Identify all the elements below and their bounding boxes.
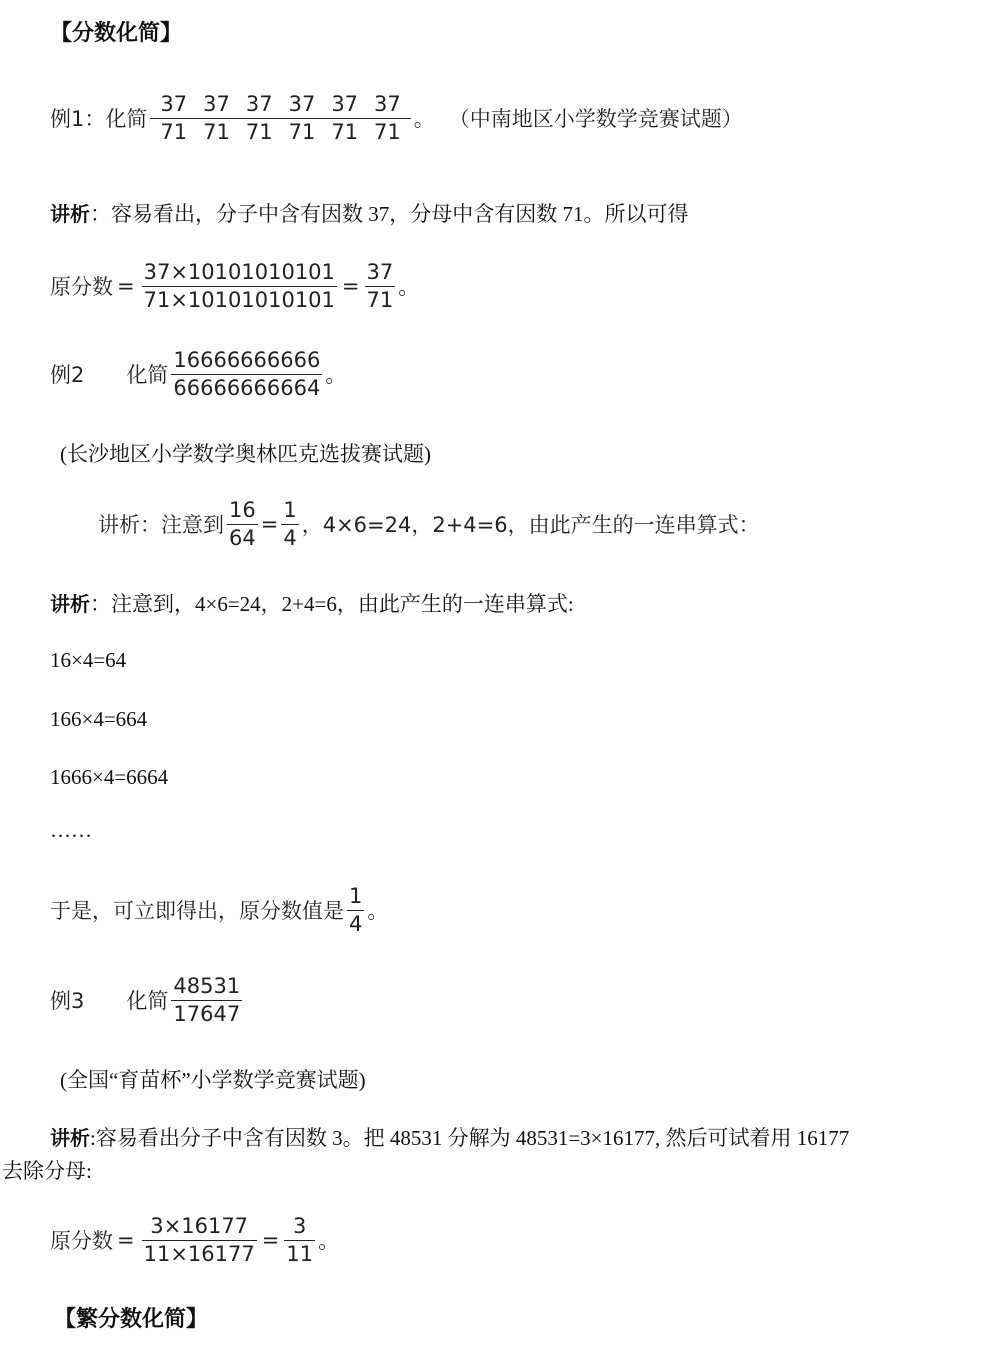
example-3-source: (全国“育苗杯”小学数学竞赛试题) <box>60 1064 366 1094</box>
equation-lhs: 原分数 <box>50 1225 113 1255</box>
analysis-3-line-1: 讲析:容易看出分子中含有因数 3。把 48531 分解为 48531=3×161… <box>50 1122 849 1152</box>
analysis-2-body: 注意到，4×6=24，2+4=6，由此产生的一连串算式: <box>111 592 574 616</box>
fraction-denominator: 4 <box>347 913 364 935</box>
analysis-2-fraction-2: 1 4 <box>281 499 298 548</box>
equals-sign: = <box>342 274 360 298</box>
conclusion-2-fraction: 1 4 <box>347 885 364 934</box>
example-1-source: （中南地区小学数学竞赛试题） <box>449 103 743 133</box>
fraction-numerator: 3 <box>291 1215 308 1237</box>
equation-1-fraction-2: 37 71 <box>365 261 396 310</box>
example-2-fraction: 16666666666 66666666664 <box>171 349 322 398</box>
period: 。 <box>414 103 435 133</box>
fraction-bar <box>171 374 322 375</box>
fraction-numerator: 1 <box>281 499 298 521</box>
analysis-label: 讲析 <box>50 202 90 226</box>
fraction-denominator: 71 <box>365 289 396 311</box>
analysis-3-text: 容易看出分子中含有因数 3。把 48531 分解为 48531=3×16177,… <box>96 1126 849 1150</box>
section-heading-complex-fraction-simplification: 【繁分数化简】 <box>54 1302 208 1333</box>
fraction-bar <box>281 524 298 525</box>
period: 。 <box>318 1225 339 1255</box>
example-2: 例2 化简 16666666666 66666666664 。 <box>50 344 346 404</box>
fraction-numerator: 37 <box>365 261 396 283</box>
example-1-label: 例1：化简 <box>50 103 147 133</box>
equation-series-item-3: 1666×4=6664 <box>50 765 168 790</box>
analysis-2-image: 讲析：注意到 16 64 = 1 4 ，4×6=24，2+4=6，由此产生的一连… <box>98 494 760 554</box>
conclusion-2: 于是，可立即得出，原分数值是 1 4 。 <box>50 880 388 940</box>
equation-series-item-2: 166×4=664 <box>50 707 147 732</box>
fraction-numerator: 3×16177 <box>148 1215 250 1237</box>
analysis-3-line-2: 去除分母: <box>2 1155 92 1185</box>
equals-sign: = <box>117 1228 135 1252</box>
equals-sign: = <box>117 274 135 298</box>
period: 。 <box>398 271 419 301</box>
equals-sign: = <box>261 512 279 536</box>
analysis-2-text: 讲析：注意到，4×6=24，2+4=6，由此产生的一连串算式: <box>50 588 574 618</box>
fraction-denominator: 11×16177 <box>142 1243 257 1265</box>
equation-3-fraction-1: 3×16177 11×16177 <box>142 1215 257 1264</box>
fraction-denominator: 66666666664 <box>171 377 322 399</box>
equation-series-ellipsis: …… <box>50 818 92 843</box>
example-1-fraction: 373737373737 717171717171 <box>150 93 410 142</box>
equation-1-fraction-1: 37×10101010101 71×10101010101 <box>142 261 337 310</box>
fraction-denominator: 64 <box>227 527 258 549</box>
equals-sign: = <box>262 1228 280 1252</box>
equation-3: 原分数 = 3×16177 11×16177 = 3 11 。 <box>50 1210 339 1270</box>
fraction-numerator: 16 <box>227 499 258 521</box>
analysis-label: 讲析 <box>50 592 90 616</box>
fraction-denominator: 717171717171 <box>150 121 410 143</box>
period: 。 <box>325 359 346 389</box>
fraction-numerator: 16666666666 <box>171 349 322 371</box>
fraction-bar <box>227 524 258 525</box>
equation-lhs: 原分数 <box>50 271 113 301</box>
fraction-denominator: 4 <box>281 527 298 549</box>
analysis-1-text: 容易看出，分子中含有因数 37，分母中含有因数 71。所以可得 <box>111 202 689 226</box>
fraction-bar <box>142 1240 257 1241</box>
fraction-numerator: 37×10101010101 <box>142 261 337 283</box>
fraction-denominator: 17647 <box>171 1003 242 1025</box>
analysis-2-fraction-1: 16 64 <box>227 499 258 548</box>
fraction-numerator: 373737373737 <box>150 93 410 115</box>
analysis-2-rest: ，4×6=24，2+4=6，由此产生的一连串算式： <box>302 509 760 539</box>
example-3-fraction: 48531 17647 <box>171 975 242 1024</box>
colon: ： <box>90 592 111 616</box>
fraction-bar <box>150 118 410 119</box>
colon: ： <box>90 202 111 226</box>
fraction-bar <box>347 910 364 911</box>
fraction-numerator: 48531 <box>171 975 242 997</box>
analysis-1: 讲析：容易看出，分子中含有因数 37，分母中含有因数 71。所以可得 <box>50 198 689 228</box>
example-2-label: 例2 <box>50 359 84 389</box>
fraction-denominator: 71×10101010101 <box>142 289 337 311</box>
period: 。 <box>367 895 388 925</box>
fraction-bar <box>365 286 396 287</box>
analysis-2-prefix: 讲析：注意到 <box>98 509 224 539</box>
analysis-label: 讲析 <box>50 1126 90 1150</box>
fraction-denominator: 11 <box>284 1243 315 1265</box>
conclusion-2-text: 于是，可立即得出，原分数值是 <box>50 895 344 925</box>
fraction-numerator: 1 <box>347 885 364 907</box>
example-2-source: (长沙地区小学数学奥林匹克选拔赛试题) <box>60 438 431 468</box>
fraction-bar <box>142 286 337 287</box>
equation-series-item-1: 16×4=64 <box>50 648 126 673</box>
equation-3-fraction-2: 3 11 <box>284 1215 315 1264</box>
example-3: 例3 化简 48531 17647 <box>50 970 245 1030</box>
example-1: 例1：化简 373737373737 717171717171 。 （中南地区小… <box>50 88 743 148</box>
example-3-verb: 化简 <box>126 985 168 1015</box>
equation-1: 原分数 = 37×10101010101 71×10101010101 = 37… <box>50 256 419 316</box>
fraction-bar <box>171 1000 242 1001</box>
section-heading-fraction-simplification: 【分数化简】 <box>50 16 182 47</box>
example-2-verb: 化简 <box>126 359 168 389</box>
fraction-bar <box>284 1240 315 1241</box>
example-3-label: 例3 <box>50 985 84 1015</box>
